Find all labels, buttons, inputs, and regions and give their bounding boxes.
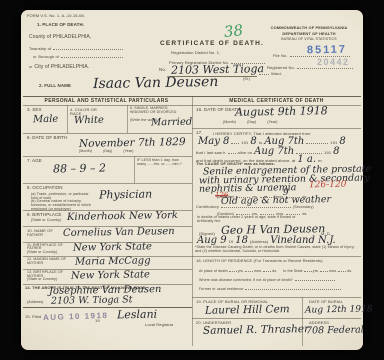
full-name-value: Isaac Van Deusen	[93, 75, 219, 91]
res-mos-1: mos.	[254, 270, 262, 274]
res-blank-1c	[263, 267, 271, 272]
certificate-title: CERTIFICATE OF DEATH.	[154, 40, 270, 47]
father-birthplace-value: New York State	[73, 242, 152, 253]
dob-label: 6. DATE OF BIRTH	[27, 136, 67, 141]
borough-line: or Borough of	[33, 53, 123, 60]
full-name-label: 2. FULL NAME	[39, 84, 71, 89]
burial-date-label: DATE OF BURIAL	[309, 300, 343, 304]
father-label: 10. NAME OF FATHER	[27, 229, 61, 238]
ward-blank	[259, 70, 269, 75]
residence-in-state: In the State	[283, 270, 303, 274]
res-blank-1a	[229, 267, 237, 272]
date-of-death-hint: (Month) (Day) (Year)	[223, 121, 278, 125]
county-label: County of PHILADELPHIA,	[29, 35, 91, 41]
signed-address-label: (Address)	[250, 240, 268, 244]
date-of-death-value: August 9th 1918	[235, 105, 328, 118]
registration-district: Registration District No. 1,	[171, 51, 220, 55]
commonwealth-line1: COMMONWEALTH OF PENNSYLVANIA	[261, 26, 357, 30]
father-value: Cornelius Van Deusen	[63, 227, 175, 239]
to-blank	[306, 139, 328, 144]
res-ds-1: ds.	[272, 270, 277, 274]
page-note-handwritten: 38	[223, 23, 244, 40]
death-time-m: m.	[318, 159, 323, 163]
father-birthplace-hint: (State or Country)	[27, 251, 57, 255]
from-blank	[231, 139, 239, 144]
last-year-value: 8	[333, 147, 339, 157]
column-divider	[192, 96, 193, 346]
or-label-a: or	[33, 56, 36, 60]
contributory-blank	[221, 203, 291, 208]
age-label: 7. AGE	[27, 159, 42, 164]
borough-label: Borough of	[38, 55, 59, 59]
residence-label: 18. LENGTH OF RESIDENCE (For Transients …	[196, 259, 323, 263]
death-time-value: 1 a.	[297, 155, 316, 165]
mother-label: 12. MAIDEN NAME OF MOTHER	[27, 258, 69, 266]
death-certificate-form: FORM V.S. No. 1. A.-10-15-08. 1. PLACE O…	[21, 10, 363, 350]
residence-where-contracted: Where was disease contracted, if not at …	[199, 279, 293, 283]
file-no-label: File No.	[273, 54, 288, 58]
age-value: 88 – 9 – 2	[53, 163, 106, 175]
right-section-title: MEDICAL CERTIFICATE OF DEATH	[192, 99, 361, 105]
last-year-stub: 191	[324, 151, 331, 155]
left-line-1	[23, 133, 192, 134]
street-st-label: (St.)	[243, 78, 250, 82]
sex-value: Male	[33, 115, 58, 125]
commonwealth-line2: DEPARTMENT OF HEALTH	[261, 32, 357, 36]
res-yrs-2: yrs.	[313, 270, 319, 274]
township-blank	[53, 45, 123, 50]
res-blank-1b	[245, 267, 253, 272]
occupation-value: Physician	[99, 189, 152, 201]
city-line: or City of PHILADELPHIA.	[29, 65, 89, 71]
signed-year-stub: 19	[229, 240, 234, 244]
date-of-death-label: 16. DATE OF DEATH	[196, 108, 241, 113]
age-divider	[134, 156, 135, 183]
left-line-2	[23, 156, 192, 157]
residence-at-place: At place of death	[199, 270, 228, 274]
residence-line-2: Where was disease contracted, if not at …	[199, 276, 335, 283]
res-yrs-1: yrs.	[238, 270, 244, 274]
birthplace-hint: (State or Country)	[31, 219, 61, 223]
right-line-2	[192, 256, 361, 257]
res-blank-2a	[304, 267, 312, 272]
residence-line-3: Former or usual residence	[199, 285, 341, 292]
left-section-title: PERSONAL AND STATISTICAL PARTICULARS	[21, 99, 192, 105]
burial-date-value: Aug 12th 1918	[305, 305, 373, 315]
informant-address-value: 2103 W. Tioga St	[51, 295, 133, 306]
undertaker-signature: Samuel R. Thrasher	[203, 324, 309, 336]
right-line-1	[192, 128, 361, 129]
left-line-10	[23, 307, 192, 308]
mother-birthplace-value: New York State	[71, 270, 150, 281]
physician-signature: Geo H Van Deusen	[221, 223, 325, 236]
birthplace-value: Kinderhook New York	[67, 211, 178, 223]
contributory-label: Contributory	[196, 205, 219, 209]
burial-column-divider	[302, 297, 303, 346]
attended-from-date: May 8	[198, 137, 229, 147]
res-where-blank	[295, 276, 335, 281]
township-label: Township of	[29, 47, 51, 51]
mother-birthplace-hint: (State or Country)	[27, 278, 57, 282]
mother-value: Maria McCagg	[75, 256, 151, 267]
blood-pressure-note: 126-120	[309, 181, 347, 191]
to-year-value: 8	[339, 137, 345, 147]
residence-former: Former or usual residence	[199, 288, 243, 292]
burial-place-value: Laurel Hill Cem	[205, 304, 290, 316]
township-line: Township of	[29, 45, 123, 51]
to-year-stub: 191	[330, 141, 337, 145]
informant-address-hint: (Address)	[27, 301, 43, 305]
res-mos-2: mos.	[329, 270, 337, 274]
res-ds-2: ds.	[347, 270, 352, 274]
residence-line-1: At place of death yrs. mos. ds. In the S…	[199, 267, 352, 274]
row1-divider-b	[127, 105, 128, 133]
sex-label: 3. SEX	[27, 108, 42, 113]
registered-no-stamp: 20442	[317, 57, 350, 67]
duration-ds-2: ds.	[302, 213, 307, 217]
res-blank-2c	[338, 267, 346, 272]
filed-year-stub: 19	[95, 319, 100, 323]
right-line-3	[192, 297, 361, 298]
local-registrar-label: Local Registrar	[145, 323, 173, 327]
right-line-4	[192, 318, 361, 319]
registrar-signature: Leslani	[117, 309, 157, 321]
age-hint: IF LESS than 1 day, how many ......hrs. …	[137, 159, 189, 167]
race-value: White	[74, 116, 104, 127]
dob-value: November 7th 1829	[79, 137, 186, 149]
or-label-b: or	[29, 66, 32, 70]
ward-label: Ward.	[271, 72, 282, 76]
res-former-blank	[245, 285, 341, 290]
marital-label: 5. SINGLE, MARRIED, WIDOWED OR DIVORCED	[130, 107, 188, 115]
marital-value: Married	[151, 118, 192, 129]
commonwealth-line3: BUREAU OF VITAL STATISTICS	[261, 38, 357, 42]
street-no-label: No.	[159, 68, 166, 73]
cause-footnote: *State the Disease Causing Death, or in …	[195, 246, 357, 254]
scan-background: FORM V.S. No. 1. A.-10-15-08. 1. PLACE O…	[0, 0, 384, 360]
ward-line: Ward.	[259, 70, 282, 76]
form-number: FORM V.S. No. 1. A.-10-15-08.	[27, 14, 85, 18]
borough-blank	[61, 53, 123, 58]
dob-hint: (Month) (Day) (Year)	[79, 150, 134, 154]
file-no-stamp: 85117	[307, 44, 347, 57]
to-label: to	[259, 141, 263, 145]
registered-no-label: Registered No.	[267, 66, 295, 70]
filed-label: 15. Filed	[25, 315, 41, 319]
occupation-label: 8. OCCUPATION	[27, 186, 63, 191]
last-saw-blank	[228, 149, 236, 154]
left-line-3	[23, 183, 192, 184]
contributory-line: Contributory (Secondary)	[196, 203, 314, 210]
row1-divider-a	[67, 105, 68, 133]
res-blank-2b	[320, 267, 328, 272]
city-label: City of PHILADELPHIA.	[34, 65, 89, 71]
undertaker-address-value: 708 Federal	[306, 325, 364, 336]
place-of-death-label: 1. PLACE OF DEATH.	[37, 23, 84, 28]
from-year-stub: 191	[241, 141, 248, 145]
